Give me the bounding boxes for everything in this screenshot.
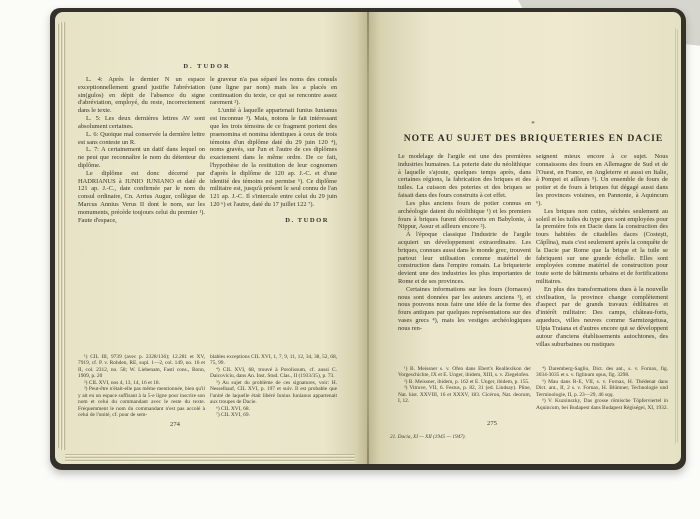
right-page-column-2: seignent mieux encore à ce sujet. Nous c… — [536, 153, 668, 348]
paragraph: seignent mieux encore à ce sujet. Nous c… — [536, 153, 668, 208]
paragraph: le graveur n'a pas séparé les noms des c… — [210, 76, 337, 107]
title-footnote-mark: * — [523, 120, 543, 128]
author-signature: D. TUDOR — [210, 217, 337, 224]
paragraph: L. 6: Quoique mal conservée la dernière … — [78, 131, 205, 147]
left-page-column-2: le graveur n'a pas séparé les noms des c… — [210, 76, 337, 224]
paragraph: À l'époque classique l'industrie de l'ar… — [398, 231, 531, 286]
page-fan-edge-right — [674, 28, 679, 444]
left-page-footnotes-column-1: ¹) CIL III, 9739 (avec p. 2328/136); 12.… — [78, 354, 205, 419]
spine-gutter-shadow — [367, 12, 369, 464]
left-page-footnotes-column-2: blables exceptions CIL XVI, 1, 7, 9, 11,… — [210, 354, 337, 419]
footnote: ⁷) CIL XVI, 69. — [210, 412, 337, 418]
page-number-left: 274 — [145, 421, 205, 428]
footnote: blables exceptions CIL XVI, 1, 7, 9, 11,… — [210, 354, 337, 367]
footnote: ⁶) V. Kuzsinszky, Das grosse römische Tö… — [536, 398, 668, 411]
paragraph: Certaines informations sur les fours (fo… — [398, 286, 531, 333]
footnote: ³) Peut-être n'était-elle pas même menti… — [78, 386, 205, 418]
paragraph: Le modelage de l'argile est une des prem… — [398, 153, 531, 200]
left-page-column-1: L. 4: Après le dernier N un espace excep… — [78, 76, 205, 224]
paragraph: L. 5: Les deux dernières lettres AV sont… — [78, 115, 205, 131]
footnote: ⁵) Mau dans R-E, VII, s. v. Fornax, H. T… — [536, 379, 668, 398]
paragraph: En plus des transformations dues à la no… — [536, 286, 668, 349]
footnote: ³) Vitruve, VII, 6. Festus, p. 82, 31 (e… — [398, 385, 531, 404]
paragraph: L'unité à laquelle appartenait Iunius Iu… — [210, 107, 337, 209]
footnote: ¹) CIL III, 9739 (avec p. 2328/136); 12.… — [78, 354, 205, 380]
paragraph: Les briques non cuites, séchées seulemen… — [536, 208, 668, 286]
paragraph: L. 7: A certainement un datif dans leque… — [78, 146, 205, 169]
article-title: NOTE AU SUJET DES BRIQUETERIES EN DACIE — [390, 133, 677, 144]
footnote: ⁴) CIL XVI, 68, trouvé à Porolissum, cf.… — [210, 367, 337, 380]
footnote: ¹) B. Meissner s. v. Ofen dans Ebert's R… — [398, 366, 531, 379]
journal-volume-footer: 21. Dacia, XI — XII (1945 — 1947). — [390, 434, 550, 440]
right-page-column-1: Le modelage de l'argile est une des prem… — [398, 153, 531, 333]
running-head-author: D. TUDOR — [78, 63, 336, 70]
footnote: ⁴) Daremberg-Saglio, Dict. des ant., s. … — [536, 366, 668, 379]
page-fan-edge-left — [57, 22, 66, 450]
paragraph: Le diplôme est donc décerné par HADRIANU… — [78, 170, 205, 225]
right-page-footnotes-column-2: ⁴) Daremberg-Saglio, Dict. des ant., s. … — [536, 366, 668, 411]
page-fan-edge-bottom — [65, 454, 355, 462]
paragraph: Les plus anciens fours de potier connus … — [398, 200, 531, 231]
right-page-footnotes-column-1: ¹) B. Meissner s. v. Ofen dans Ebert's R… — [398, 366, 531, 405]
page-number-right: 275 — [462, 420, 522, 427]
paragraph: L. 4: Après le dernier N un espace excep… — [78, 76, 205, 115]
footnote: ⁵) Au sujet du problème de ces signature… — [210, 380, 337, 406]
